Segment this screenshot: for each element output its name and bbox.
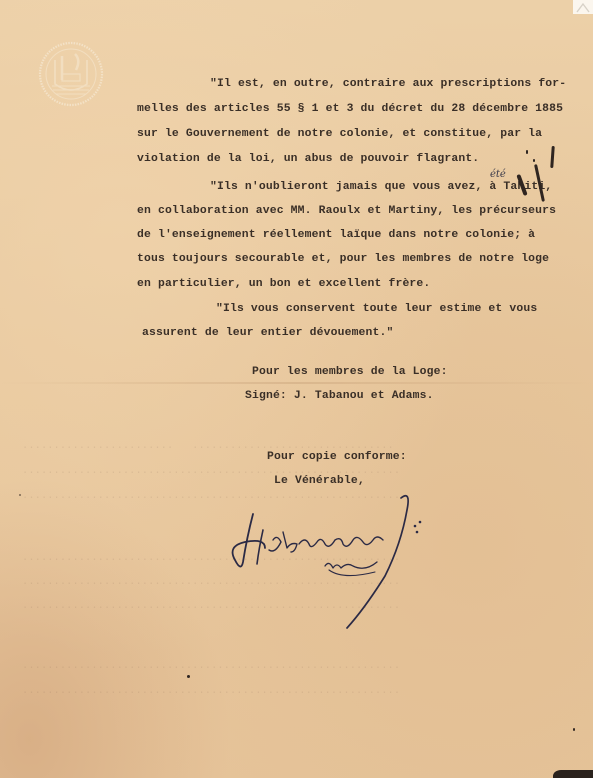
document-page: ................................ .......… — [0, 0, 593, 778]
certification-line: Le Vénérable, — [274, 476, 365, 487]
typed-line: "Ils n'oublieront jamais que vous avez, … — [210, 182, 552, 193]
handwritten-insertion: été — [490, 169, 506, 180]
corner-expand-icon[interactable] — [573, 0, 593, 14]
certification-line: Pour copie conforme: — [267, 452, 407, 463]
signed-block-line: Signé: J. Tabanou et Adams. — [245, 391, 434, 402]
signed-block-line: Pour les membres de la Loge: — [252, 367, 448, 378]
ink-smudge — [533, 159, 535, 162]
paper-fold-line — [0, 382, 593, 384]
typed-line: tous toujours secourable et, pour les me… — [137, 254, 549, 265]
ink-smudge — [550, 146, 555, 168]
typed-line: sur le Gouvernement de notre colonie, et… — [137, 129, 542, 140]
bleed-through-text: ........................................… — [22, 685, 400, 697]
typed-line: en collaboration avec MM. Raoulx et Mart… — [137, 206, 556, 217]
bleed-through-text: ........................................… — [22, 660, 400, 672]
typed-line: assurent de leur entier dévouement." — [142, 328, 393, 339]
typed-line: en particulier, un bon et excellent frèr… — [137, 279, 430, 290]
embossed-seal-icon — [38, 40, 104, 108]
paper-edge-damage — [553, 770, 593, 778]
handwritten-signature — [225, 492, 435, 632]
typed-line: de l'enseignement réellement laïque dans… — [137, 230, 535, 241]
typed-line: melles des articles 55 § 1 et 3 du décre… — [137, 104, 563, 115]
ink-smudge — [526, 150, 528, 154]
ink-dot — [573, 728, 575, 731]
ink-dot — [187, 675, 190, 678]
ink-dot — [19, 494, 21, 496]
typed-line: violation de la loi, un abus de pouvoir … — [137, 154, 479, 165]
typed-line: "Il est, en outre, contraire aux prescri… — [210, 79, 566, 90]
typed-line: "Ils vous conservent toute leur estime e… — [216, 304, 537, 315]
